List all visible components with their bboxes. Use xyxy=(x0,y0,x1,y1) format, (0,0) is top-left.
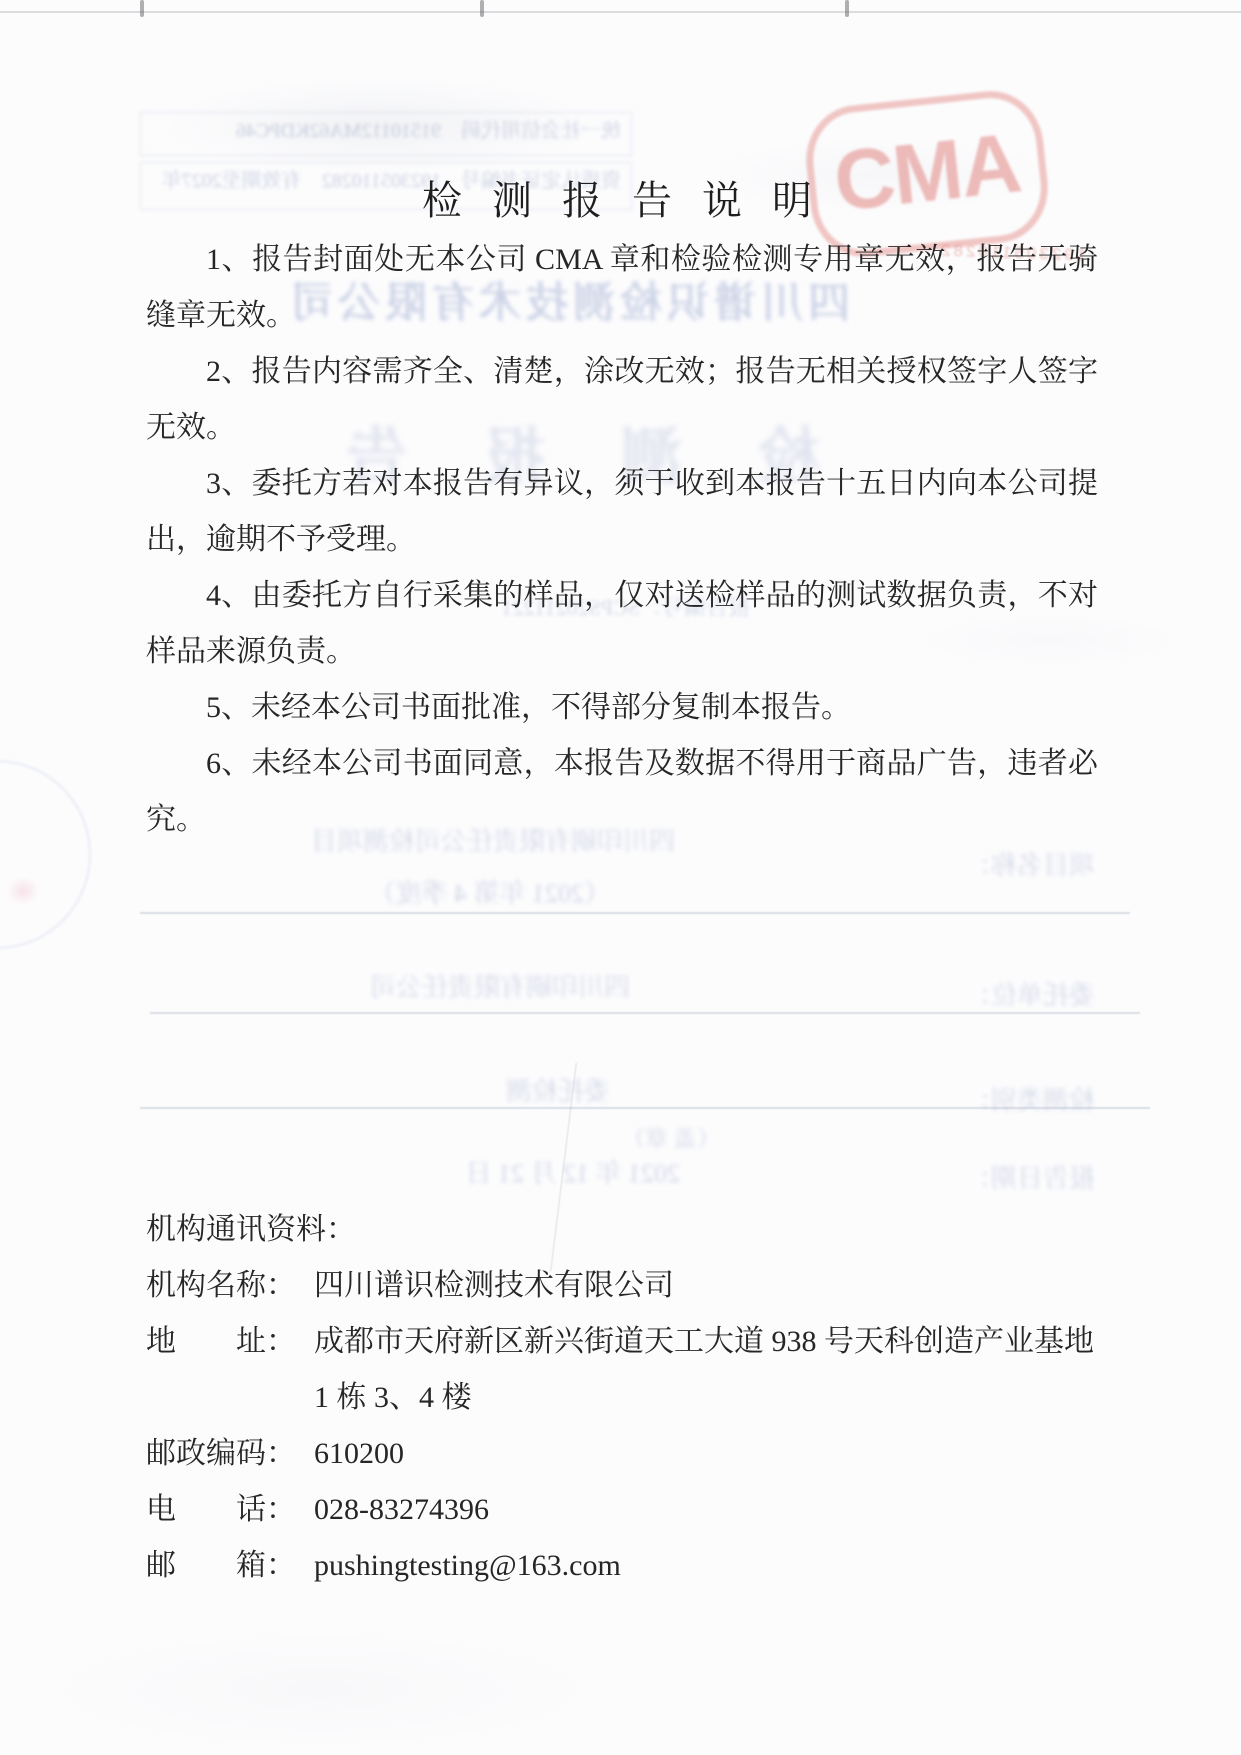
page-title: 检 测 报 告 说 明 xyxy=(146,169,1098,226)
bleed-client-value: 四川印刷有限责任公司 xyxy=(300,972,630,1005)
contact-label: 地 址： xyxy=(146,1314,314,1370)
contact-label: 机构名称： xyxy=(146,1258,314,1314)
scanned-report-page: CMA 192305110282 统一社会信用代码 91510112MA62KD… xyxy=(0,0,1241,1755)
edge-pink-smudge xyxy=(6,876,40,906)
notice-item-6: 6、未经本公司书面同意，本报告及数据不得用于商品广告，违者必究。 xyxy=(146,736,1098,848)
bleed-underline xyxy=(150,1012,1140,1014)
bleed-project-label: 项目名称： xyxy=(945,850,1095,883)
contact-value-org-name: 四川谱识检测技术有限公司 xyxy=(314,1258,1098,1314)
notice-item-3: 3、委托方若对本报告有异议，须于收到本报告十五日内向本公司提出，逾期不予受理。 xyxy=(146,456,1098,568)
bleed-top-table-row-1: 统一社会信用代码 91510112MA62KDPC46 xyxy=(140,112,632,156)
bleed-underline xyxy=(140,1107,1150,1109)
contact-block: 机构通讯资料： 机构名称： 四川谱识检测技术有限公司 地 址： 成都市天府新区新… xyxy=(146,1202,1098,1594)
contact-heading: 机构通讯资料： xyxy=(146,1202,1098,1258)
contact-value-phone: 028-83274396 xyxy=(314,1482,1098,1538)
bleed-date-value: 2021 年 12 月 21 日 xyxy=(380,1158,680,1191)
staple-mark xyxy=(140,0,144,17)
contact-label: 邮政编码： xyxy=(146,1426,314,1482)
notice-list: 1、报告封面处无本公司 CMA 章和检验检测专用章无效，报告无骑缝章无效。 2、… xyxy=(146,232,1098,848)
contact-label: 邮 箱： xyxy=(146,1538,314,1594)
bleed-seal-note: （盖 章） xyxy=(590,1125,720,1154)
bleed-category-label: 检测类别： xyxy=(945,1085,1095,1118)
contact-value-email: pushingtesting@163.com xyxy=(314,1538,1098,1594)
notice-item-2: 2、报告内容需齐全、清楚，涂改无效；报告无相关授权签字人签字无效。 xyxy=(146,344,1098,456)
bleed-project-value-2: （2021 年第 4 季度） xyxy=(330,878,610,911)
contact-label: 电 话： xyxy=(146,1482,314,1538)
bleed-date-label: 报告日期： xyxy=(945,1163,1095,1196)
bleed-client-label: 委托单位： xyxy=(945,980,1095,1013)
contact-row-email: 邮 箱： pushingtesting@163.com xyxy=(146,1538,1098,1594)
bleed-underline xyxy=(140,912,1130,914)
edge-stamp-arc xyxy=(0,760,91,949)
staple-mark xyxy=(480,0,484,17)
contact-value-address: 成都市天府新区新兴街道天工大道 938 号天科创造产业基地 1 栋 3、4 楼 xyxy=(314,1314,1098,1426)
contact-value-postcode: 610200 xyxy=(314,1426,1098,1482)
bleed-category-value: 委托检测 xyxy=(430,1076,610,1109)
contact-row-phone: 电 话： 028-83274396 xyxy=(146,1482,1098,1538)
contact-row-address: 地 址： 成都市天府新区新兴街道天工大道 938 号天科创造产业基地 1 栋 3… xyxy=(146,1314,1098,1426)
contact-row-postcode: 邮政编码： 610200 xyxy=(146,1426,1098,1482)
notice-item-4: 4、由委托方自行采集的样品，仅对送检样品的测试数据负责，不对样品来源负责。 xyxy=(146,568,1098,680)
notice-item-5: 5、未经本公司书面批准，不得部分复制本报告。 xyxy=(146,680,1098,736)
notice-item-1: 1、报告封面处无本公司 CMA 章和检验检测专用章无效，报告无骑缝章无效。 xyxy=(146,232,1098,344)
scan-top-edge-line xyxy=(0,11,1241,13)
staple-mark xyxy=(845,0,849,17)
contact-row-org-name: 机构名称： 四川谱识检测技术有限公司 xyxy=(146,1258,1098,1314)
